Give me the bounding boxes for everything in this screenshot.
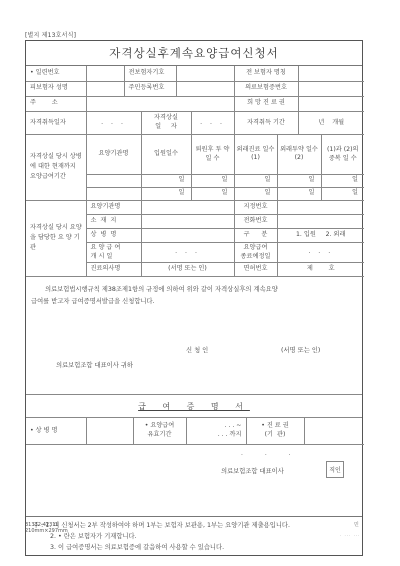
serial-number-field[interactable]: [86, 66, 124, 81]
institution-name-label: 요양기관명: [86, 201, 141, 215]
col-post-discharge-days: 퇴원후 투 약 일 수: [191, 135, 234, 174]
recipient-text: 의료보험조합 대표이사 귀하: [56, 360, 133, 369]
col-institution-name: 요양기관명: [86, 135, 141, 174]
designation-number-label: 지정번호: [234, 201, 277, 215]
application-form: 자격상실후계속요양급여신청서 • 일련번호 전보험자기호 전 보험자 명칭 피보…: [25, 40, 363, 556]
diagnosis-field[interactable]: [141, 229, 234, 243]
cert-clinic-line1: • 진 료 권: [249, 422, 302, 430]
care-row-2-inpatient[interactable]: 일: [141, 187, 191, 200]
cert-valid-to: . . . 까지: [189, 431, 242, 439]
diagnosis-label: 상 병 명: [86, 229, 141, 243]
care-row-1-overlap[interactable]: 일: [321, 174, 364, 187]
category-label: 구 분: [234, 229, 277, 243]
note-item-1: 주 : 1. 이 신청서는 2부 작성하여야 하며 1부는 보험자 보관용, 1…: [33, 520, 358, 531]
institution-table: 자격상실 당시 요양을 담당한 요 양 기 관 요양기관명 지정번호 소 재 지…: [26, 201, 364, 278]
phone-field[interactable]: [277, 215, 364, 229]
care-row-2-outpatient-medication[interactable]: 일: [277, 187, 321, 200]
application-statement: 의료보험법시행규칙 제38조제1항의 규정에 의하여 위와 같이 자격상실후의 …: [26, 277, 362, 395]
acquired-period-field[interactable]: 년 개월: [298, 112, 364, 135]
col-outpatient-medication-days: 외래투약 일수(2): [277, 135, 321, 174]
care-row-2-post-discharge[interactable]: 일: [191, 187, 234, 200]
license-number-field[interactable]: 제 호: [277, 263, 364, 277]
lost-date-field[interactable]: . . .: [191, 112, 234, 135]
phone-label: 전화번호: [234, 215, 277, 229]
location-label: 소 재 지: [86, 215, 141, 229]
statement-line1: 의료보험법시행규칙 제38조제1항의 규정에 의하여 위와 같이 자격상실후의 …: [45, 286, 278, 293]
preferred-clinic-field[interactable]: [298, 96, 364, 111]
insurance-card-number-label: 의료보험증번호: [234, 81, 298, 96]
prev-insurer-name-field[interactable]: [298, 66, 364, 81]
footer-mark: 민: [354, 521, 359, 528]
care-start-date-field[interactable]: . . .: [141, 243, 234, 263]
applicant-label: 신 청 인: [186, 345, 208, 354]
lost-date-label-line2: 일 자: [144, 123, 189, 131]
note-item-3: 3. 이 급여증명서는 의료보험증에 갈음하여 사용할 수 있습니다.: [33, 542, 358, 553]
designation-number-field[interactable]: [277, 201, 364, 215]
acquired-date-label: 자격취득일자: [26, 112, 86, 135]
care-row-2-outpatient[interactable]: 일: [234, 187, 277, 200]
care-period-section-label: 자격상실 당시 상병에 대한 현재까지 요양급여기간: [26, 135, 86, 200]
care-row-1-outpatient-medication[interactable]: 일: [277, 174, 321, 187]
insurance-card-number-field[interactable]: [298, 81, 364, 96]
col-outpatient-days: 외래진료 일수(1): [234, 135, 277, 174]
col-overlap-days: (1)과 (2)의 중복 일 수: [321, 135, 364, 174]
notes-section: 주 : 1. 이 신청서는 2부 작성하여야 하며 1부는 보험자 보관용, 1…: [26, 517, 362, 555]
category-options[interactable]: 1. 입원 2. 외래: [277, 229, 364, 243]
col-inpatient-days: 입원일수: [141, 135, 191, 174]
certificate-issue-area: . . . 의료보험조합 대표이사 직인: [26, 445, 362, 517]
resident-number-field[interactable]: [176, 81, 234, 96]
address-label: 주 소: [26, 96, 86, 111]
care-start-label-line2: 개 시 일: [91, 253, 139, 261]
address-field[interactable]: [86, 96, 234, 111]
cert-valid-period-line1: • 요양급여: [136, 422, 184, 430]
cert-valid-period-line2: 유효기간: [136, 431, 184, 439]
care-end-date-field[interactable]: . . .: [277, 243, 364, 263]
care-row-1-institution[interactable]: [86, 174, 141, 187]
care-row-2-institution[interactable]: [86, 187, 141, 200]
location-field[interactable]: [141, 215, 234, 229]
cert-clinic-field[interactable]: [304, 418, 364, 444]
insured-name-field[interactable]: [86, 81, 124, 96]
cert-diagnosis-label: • 상 병 명: [26, 418, 86, 444]
form-title: 자격상실후계속요양급여신청서: [26, 41, 362, 66]
care-start-date-label: 요 양 급 여개 시 일: [86, 243, 141, 263]
serial-number-label: • 일련번호: [26, 66, 86, 81]
care-period-table: 자격상실 당시 상병에 대한 현재까지 요양급여기간 요양기관명 입원일수 퇴원…: [26, 135, 364, 201]
eligibility-dates-table: 자격취득일자 . . . 자격상실일 자 . . . 자격취득 기간 년 개월: [26, 112, 364, 136]
cert-valid-period-label: • 요양급여유효기간: [133, 418, 186, 444]
care-row-1-post-discharge[interactable]: 일: [191, 174, 234, 187]
certificate-table: • 상 병 명 • 요양급여유효기간 . . . ~. . . 까지 • 진 료…: [26, 418, 364, 445]
care-end-label-line1: 요양급여: [237, 244, 275, 252]
doctor-name-label: 진료의사명: [86, 263, 141, 277]
institution-name-field[interactable]: [141, 201, 234, 215]
note-text-1: 1. 이 신청서는 2부 작성하여야 하며 1부는 보험자 보관용, 1부는 요…: [45, 522, 290, 529]
certificate-title-text: 급 여 증 명 서: [138, 401, 250, 412]
paper-size: 210mm×297mm: [25, 528, 68, 534]
lost-date-label: 자격상실일 자: [141, 112, 191, 135]
preferred-clinic-label: 희 망 진 료 권: [234, 96, 298, 111]
prev-insurer-symbol-field[interactable]: [176, 66, 234, 81]
prev-insurer-name-label: 전 보험자 명칭: [234, 66, 298, 81]
certificate-title: 급 여 증 명 서: [26, 395, 362, 418]
resident-number-label: 주민등록번호: [124, 81, 176, 96]
cert-clinic-line2: (기 관): [249, 431, 302, 439]
form-number-label: [별지 제13호서식]: [25, 30, 76, 39]
cert-diagnosis-field[interactable]: [86, 418, 133, 444]
form-code: 31312-42311210mm×297mm: [25, 522, 68, 534]
statement-line2: 급여를 받고자 급여증명서발급을 신청합니다.: [31, 298, 155, 305]
applicant-info-table: • 일련번호 전보험자기호 전 보험자 명칭 피보험자 성명 주민등록번호 의료…: [26, 66, 364, 112]
care-row-1-outpatient[interactable]: 일: [234, 174, 277, 187]
license-number-label: 면허번호: [234, 263, 277, 277]
acquired-date-field[interactable]: . . .: [86, 112, 141, 135]
cert-clinic-label: • 진 료 권(기 관): [246, 418, 304, 444]
cert-issue-date[interactable]: . . .: [241, 450, 301, 457]
care-end-date-label: 요양급여종료예정일: [234, 243, 277, 263]
official-seal-box: 직인: [326, 461, 344, 478]
insured-name-label: 피보험자 성명: [26, 81, 86, 96]
cert-valid-from: . . . ~: [189, 422, 242, 430]
lost-date-label-line1: 자격상실: [144, 114, 189, 122]
cert-valid-period-field[interactable]: . . . ~. . . 까지: [186, 418, 246, 444]
footer-decoration: · ··· ···: [340, 533, 360, 538]
care-end-label-line2: 종료예정일: [237, 253, 275, 261]
note-item-2: 2. • 란은 보험자가 기재합니다.: [33, 531, 358, 542]
doctor-signature-field[interactable]: (서명 또는 인): [141, 263, 234, 277]
acquired-period-label: 자격취득 기간: [234, 112, 298, 135]
care-row-2-overlap[interactable]: 일: [321, 187, 364, 200]
care-start-label-line1: 요 양 급 여: [91, 244, 139, 252]
statement-text: 의료보험법시행규칙 제38조제1항의 규정에 의하여 위와 같이 자격상실후의 …: [31, 284, 357, 308]
care-row-1-inpatient[interactable]: 일: [141, 174, 191, 187]
institution-section-label: 자격상실 당시 요양을 담당한 요 양 기 관: [26, 201, 86, 277]
prev-insurer-symbol-label: 전보험자기호: [124, 66, 176, 81]
cert-issuer: 의료보험조합 대표이사: [221, 466, 284, 475]
applicant-signature-field[interactable]: (서명 또는 인): [281, 345, 320, 354]
